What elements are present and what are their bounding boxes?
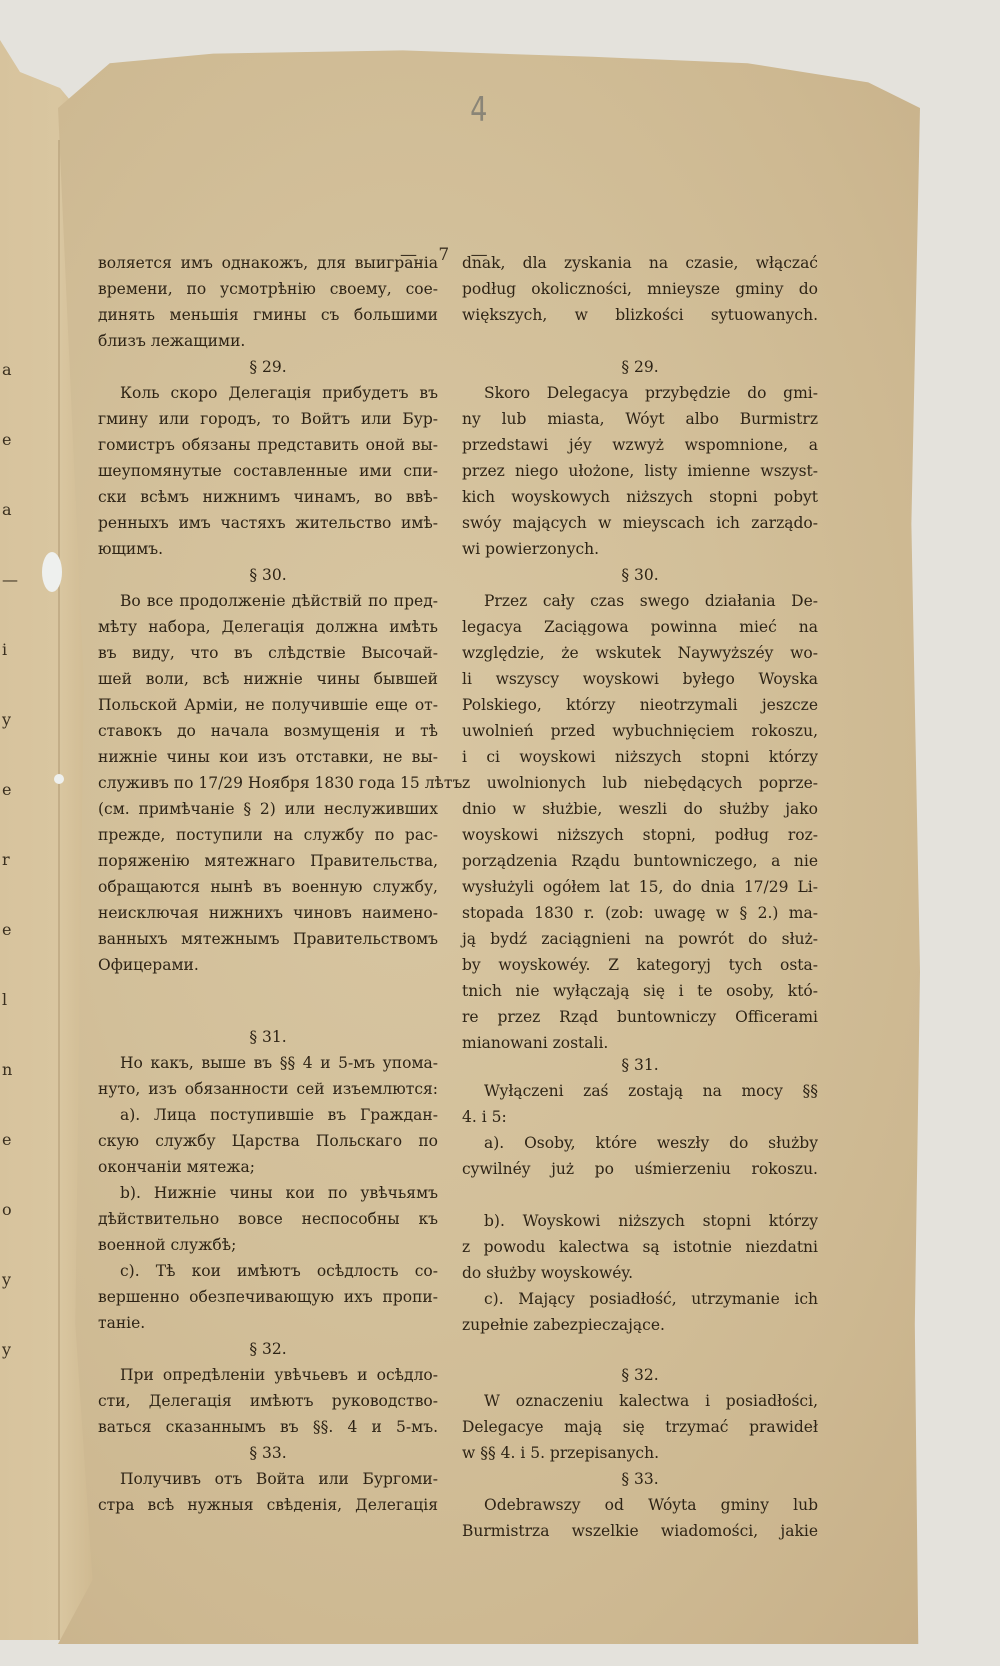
fragment-char: y (2, 1270, 11, 1289)
text-line: a). Osoby, które weszły do służby (484, 1134, 818, 1152)
text-line: шеупомянутые составленные ими спи- (98, 462, 438, 480)
text-line: w §§ 4. i 5. przepisanych. (462, 1444, 818, 1462)
text-line: (см. примѣчаніе § 2) или неслуживших (98, 800, 438, 818)
section-heading: § 33. (462, 1470, 818, 1488)
text-line: Офицерами. (98, 956, 438, 974)
text-line: a). Лица поступившіе въ Граждан- (120, 1106, 438, 1124)
section-heading: § 32. (98, 1340, 438, 1358)
text-line: сти, Делегація имѣютъ руководство- (98, 1392, 438, 1410)
text-line: ny lub miasta, Wóyt albo Burmistrz (462, 410, 818, 428)
text-line: stopada 1830 r. (zob: uwagę w § 2.) ma- (462, 904, 818, 922)
text-line: c). Тѣ кои имѣютъ осѣдлость со- (120, 1262, 438, 1280)
text-line: swóy mających w mieyscach ich zarządo- (462, 514, 818, 532)
text-line: таніе. (98, 1314, 438, 1332)
fragment-char: — (2, 570, 18, 589)
text-line: поряженію мятежнаго Правительства, (98, 852, 438, 870)
fragment-char: e (2, 920, 11, 939)
text-line: do służby woyskowéy. (462, 1264, 818, 1282)
text-line: b). Woyskowi niższych stopni którzy (484, 1212, 818, 1230)
text-line: Skoro Delegacya przybędzie do gmi- (484, 384, 818, 402)
text-line: cywilnéy już po uśmierzeniu rokoszu. (462, 1160, 818, 1178)
text-line: by woyskowéy. Z kategoryj tych osta- (462, 956, 818, 974)
text-line: въ виду, что въ слѣдствіе Высочай- (98, 644, 438, 662)
text-line: zupełnie zabezpieczające. (462, 1316, 818, 1334)
text-line: гомистръ обязаны представить оной вы- (98, 436, 438, 454)
text-line: ющимъ. (98, 540, 438, 558)
text-line: względzie, że wskutek Naywyższéy wo- (462, 644, 818, 662)
text-line: При опредѣленіи увѣчьевъ и осѣдло- (120, 1366, 438, 1384)
text-line: woyskowi niższych stopni, podług roz- (462, 826, 818, 844)
section-heading: § 29. (462, 358, 818, 376)
text-line: неисключая нижнихъ чиновъ наимено- (98, 904, 438, 922)
text-line: мѣту набора, Делегація должна имѣть (98, 618, 438, 636)
fragment-char: e (2, 780, 11, 799)
text-line: дѣйствительно вовсе неспособны къ (98, 1210, 438, 1228)
text-line: z uwolnionych lub niebędących poprze- (462, 774, 818, 792)
text-line: wi powierzonych. (462, 540, 818, 558)
text-line: Польской Арміи, не получившіе еще от- (98, 696, 438, 714)
page-fold-line (58, 140, 60, 1640)
text-line: większych, w blizkości sytuowanych. (462, 306, 818, 324)
text-line: podług okoliczności, mnieysze gminy do (462, 280, 818, 298)
text-line: Wyłączeni zaś zostają na mocy §§ (484, 1082, 818, 1100)
text-line: шей воли, всѣ нижніе чины бывшей (98, 670, 438, 688)
text-line: legacya Zaciągowa powinna mieć na (462, 618, 818, 636)
text-line: dnio w służbie, weszli do służby jako (462, 800, 818, 818)
section-heading: § 31. (98, 1028, 438, 1046)
text-line: стра всѣ нужныя свѣденія, Делегація (98, 1496, 438, 1514)
text-line: dnak, dla zyskania na czasie, włączać (462, 254, 818, 272)
fragment-char: a (2, 500, 12, 519)
text-line: ски всѣмъ нижнимъ чинамъ, во ввѣ- (98, 488, 438, 506)
text-line: Przez cały czas swego działania De- (484, 592, 818, 610)
paper-hole (54, 774, 64, 784)
text-line: ванныхъ мятежнымъ Правительствомъ (98, 930, 438, 948)
fragment-char: e (2, 1130, 11, 1149)
text-line: Delegacye mają się trzymać prawideł (462, 1418, 818, 1436)
text-line: i ci woyskowi niższych stopni którzy (462, 748, 818, 766)
section-heading: § 30. (462, 566, 818, 584)
text-line: Во все продолженіе дѣйствій по пред- (120, 592, 438, 610)
fragment-char: r (2, 850, 10, 869)
section-heading: § 33. (98, 1444, 438, 1462)
section-heading: § 29. (98, 358, 438, 376)
fragment-char: y (2, 710, 11, 729)
text-line: прежде, поступили на службу по рас- (98, 826, 438, 844)
fragment-char: i (2, 640, 7, 659)
text-line: вершенно обезпечивающую ихъ пропи- (98, 1288, 438, 1306)
text-line: Коль скоро Делегація прибудетъ въ (120, 384, 438, 402)
text-line: wysłużyli ogółem lat 15, do dnia 17/29 L… (462, 878, 818, 896)
text-line: li wszyscy woyskowi byłego Woyska (462, 670, 818, 688)
fragment-char: y (2, 1340, 11, 1359)
text-line: служивъ по 17/29 Ноября 1830 года 15 лѣт… (98, 774, 438, 792)
text-line: 4. i 5: (462, 1108, 818, 1126)
text-line: Polskiego, którzy nieotrzymali jeszcze (462, 696, 818, 714)
section-heading: § 32. (462, 1366, 818, 1384)
paper-hole (42, 552, 62, 592)
text-line: Odebrawszy od Wóyta gminy lub (484, 1496, 818, 1514)
section-heading: § 30. (98, 566, 438, 584)
text-line: обращаются нынѣ въ военную службу, (98, 878, 438, 896)
text-line: времени, по усмотрѣнію своему, сое- (98, 280, 438, 298)
text-line: uwolnień przed wybuchnięciem rokoszu, (462, 722, 818, 740)
fragment-char: e (2, 430, 11, 449)
text-line: z powodu kalectwa są istotnie niezdatni (462, 1238, 818, 1256)
section-heading: § 31. (462, 1056, 818, 1074)
text-line: окончаніи мятежа; (98, 1158, 438, 1176)
text-line: kich woyskowych niższych stopni pobyt (462, 488, 818, 506)
text-line: воляется имъ однакожъ, для выиграніа (98, 254, 438, 272)
text-line: c). Mający posiadłość, utrzymanie ich (484, 1290, 818, 1308)
text-line: скую службу Царства Польскаго по (98, 1132, 438, 1150)
text-line: tnich nie wyłączają się i te osoby, któ- (462, 982, 818, 1000)
pencil-annotation: 4 (470, 90, 487, 130)
fragment-char: n (2, 1060, 12, 1079)
text-line: Получивъ отъ Войта или Бургоми- (120, 1470, 438, 1488)
text-line: przez niego ułożone, listy imienne wszys… (462, 462, 818, 480)
fragment-char: o (2, 1200, 12, 1219)
text-line: mianowani zostali. (462, 1034, 818, 1052)
text-line: динять меньшія гмины съ большими (98, 306, 438, 324)
text-line: нижніе чины кои изъ отставки, не вы- (98, 748, 438, 766)
text-line: ставокъ до начала возмущенія и тѣ (98, 722, 438, 740)
text-line: Но какъ, выше въ §§ 4 и 5-мъ упома- (120, 1054, 438, 1072)
text-line: гмину или городъ, то Войтъ или Бур- (98, 410, 438, 428)
text-line: военной службѣ; (98, 1236, 438, 1254)
text-line: re przez Rząd buntowniczy Officerami (462, 1008, 818, 1026)
text-line: ренныхъ имъ частяхъ жительство имѣ- (98, 514, 438, 532)
text-line: близъ лежащими. (98, 332, 438, 350)
text-line: W oznaczeniu kalectwa i posiadłości, (484, 1392, 818, 1410)
text-line: b). Нижніе чины кои по увѣчьямъ (120, 1184, 438, 1202)
text-line: нуто, изъ обязанности сей изъемлются: (98, 1080, 438, 1098)
text-line: przedstawi jéy wzwyż wspomnione, a (462, 436, 818, 454)
text-line: ją bydź zaciągnieni na powrót do służ- (462, 930, 818, 948)
text-line: porządzenia Rządu buntowniczego, a nie (462, 852, 818, 870)
text-line: Burmistrza wszelkie wiadomości, jakie (462, 1522, 818, 1540)
text-line: ваться сказаннымъ въ §§. 4 и 5-мъ. (98, 1418, 438, 1436)
fragment-char: a (2, 360, 12, 379)
fragment-char: l (2, 990, 7, 1009)
